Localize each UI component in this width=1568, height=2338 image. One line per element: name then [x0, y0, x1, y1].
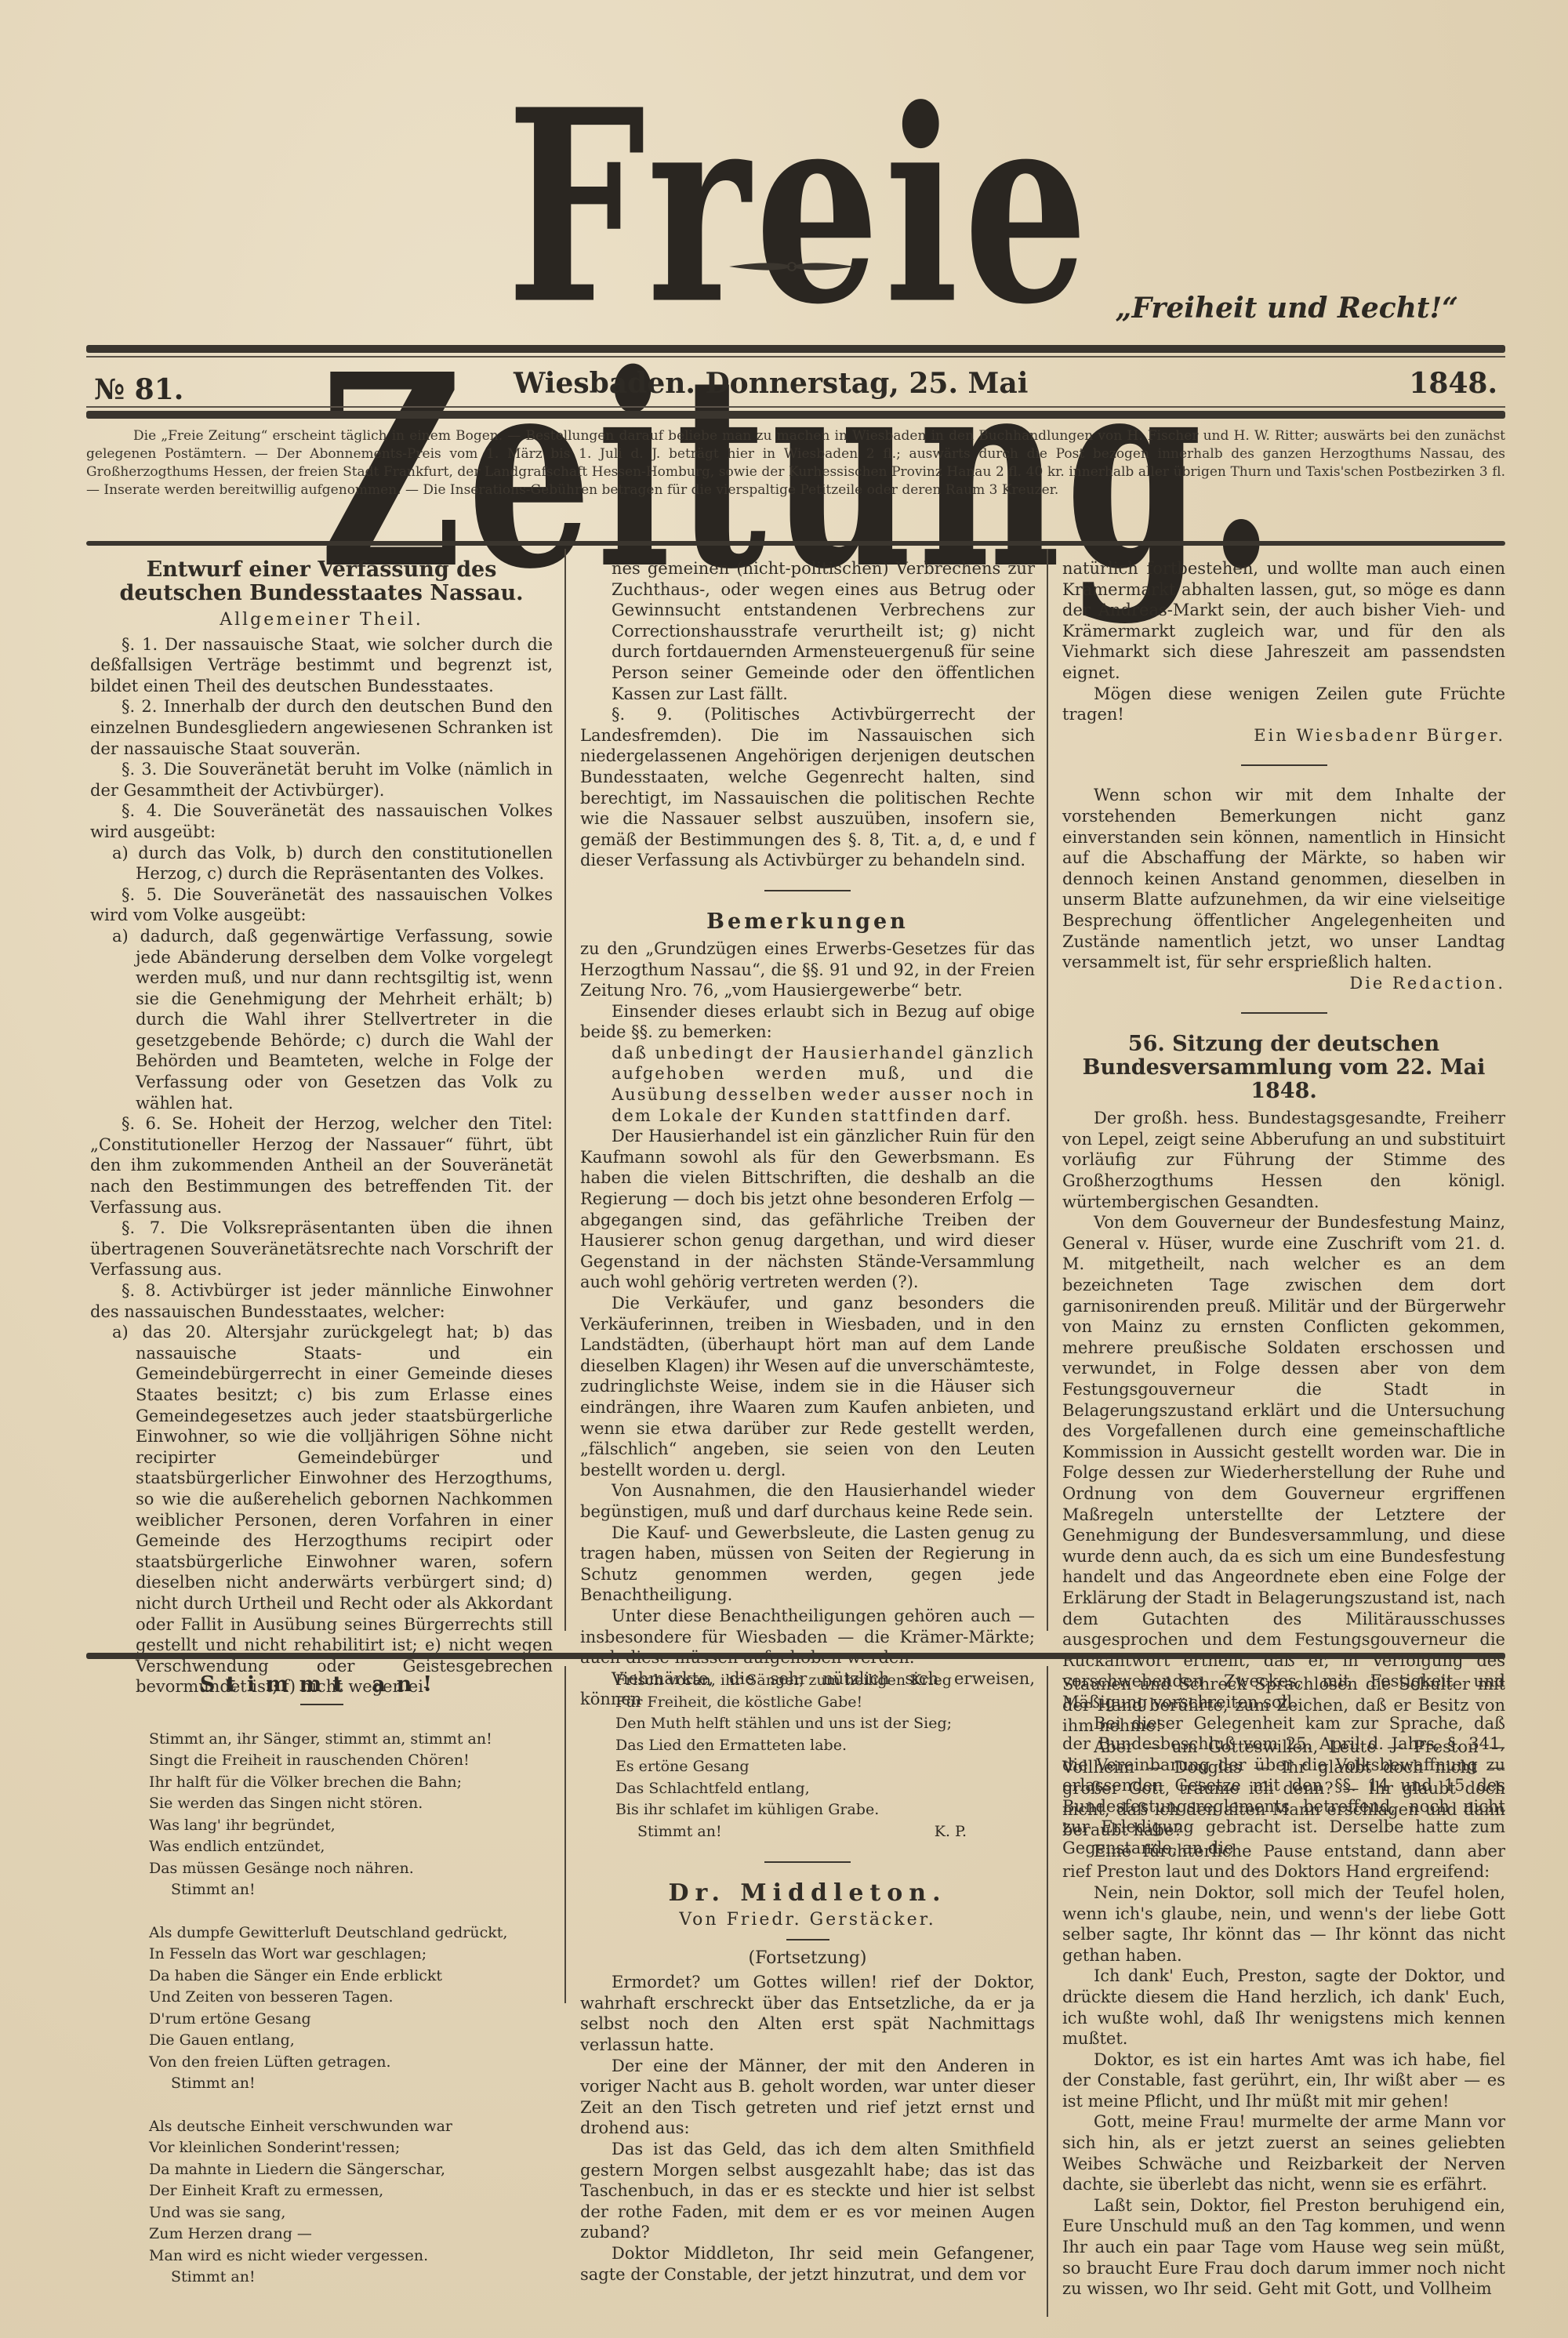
column-1-constitution: Entwurf einer Verfassung des deutschen B…: [90, 558, 553, 1697]
paragraph: Nein, nein Doktor, soll mich der Teufel …: [1062, 1882, 1505, 1966]
poem-line: Das Schlachtfeld entlang,: [615, 1778, 1035, 1800]
signature: Ein Wiesbadenr Bürger.: [1062, 725, 1505, 746]
poem-title: Stimmt an!: [90, 1674, 553, 1696]
paragraph: Laßt sein, Doktor, fiel Preston beruhige…: [1062, 2195, 1505, 2300]
paragraph: §. 9. (Politisches Activbürgerrecht der …: [580, 704, 1035, 871]
separator: [786, 1939, 829, 1940]
column-divider: [1047, 549, 1048, 1631]
poem-line: Sie werden das Singen nicht stören.: [149, 1793, 553, 1815]
header-rule-bottom: [86, 411, 1505, 419]
poem-line: D'rum ertöne Gesang: [149, 2009, 553, 2031]
paragraph: natürlich fortbestehen, und wollte man a…: [1062, 558, 1505, 684]
article-heading-constitution: Entwurf einer Verfassung des deutschen B…: [90, 558, 553, 605]
story-continued: (Fortsetzung): [580, 1948, 1035, 1970]
poem-line: Als dumpfe Gewitterluft Deutschland gedr…: [149, 1922, 553, 1944]
poem-line: Singt die Freiheit in rauschenden Chören…: [149, 1750, 553, 1772]
paragraph: Ich dank' Euch, Preston, sagte der Dokto…: [1062, 1966, 1505, 2049]
poem-final-stanza: Frisch voran, ihr Sänger, zum heiligen K…: [580, 1670, 1035, 1842]
article-subtitle: zu den „Grundzügen eines Erwerbs-Gesetze…: [580, 938, 1035, 1001]
story-title: Dr. Middleton.: [580, 1882, 1035, 1905]
paragraph: nes gemeinen (nicht-politischen) Verbrec…: [580, 558, 1035, 704]
column-divider: [564, 1666, 566, 2003]
column-divider: [564, 549, 566, 1631]
poem-line: Ihr halft für die Völker brechen die Bah…: [149, 1772, 553, 1794]
paragraph: a) dadurch, daß gegenwärtige Verfassung,…: [90, 926, 553, 1113]
poem-line: Es ertöne Gesang: [615, 1756, 1035, 1778]
paragraph: Staunen und Schreck Sprachlosen die Schu…: [1062, 1674, 1505, 1737]
newspaper-page: Freie Zeitung. „Freiheit und Recht!“ № 8…: [86, 0, 1505, 2338]
paragraph: Der Hausierhandel ist ein gänzlicher Rui…: [580, 1126, 1035, 1293]
paragraph: a) das 20. Altersjahr zurückgelegt hat; …: [90, 1322, 553, 1697]
header-rule-top: [86, 345, 1505, 353]
paragraph: Die Verkäufer, und ganz besonders die Ve…: [580, 1293, 1035, 1480]
poem-refrain: Stimmt an!: [149, 1879, 553, 1901]
paragraph: Die Kauf- und Gewerbsleute, die Lasten g…: [580, 1523, 1035, 1606]
poem-line: Man wird es nicht wieder vergessen.: [149, 2245, 553, 2267]
separator: [1241, 1012, 1327, 1014]
header-rule-bottom-thin: [86, 406, 1505, 408]
poem-line: Und Zeiten von besseren Tagen.: [149, 1987, 553, 2009]
paragraph: Gott, meine Frau! murmelte der arme Mann…: [1062, 2111, 1505, 2195]
separator: [300, 1704, 343, 1705]
paragraph: §. 3. Die Souveränetät beruht im Volke (…: [90, 759, 553, 801]
issue-number: № 81.: [94, 373, 183, 406]
separator: [764, 890, 851, 891]
column-3: natürlich fortbestehen, und wollte man a…: [1062, 558, 1505, 1859]
poem-stimmt-an: Stimmt an! Stimmt an, ihr Sänger, stimmt…: [90, 1674, 553, 2289]
feuilleton-rule: [86, 1653, 1505, 1659]
editorial-note: Wenn schon wir mit dem Inhalte der vorst…: [1062, 785, 1505, 972]
column-divider: [1047, 1666, 1048, 2317]
article-subheading: Allgemeiner Theil.: [90, 610, 553, 631]
paragraph: §. 7. Die Volksrepräsentanten üben die i…: [90, 1218, 553, 1280]
header-rule-top-thin: [86, 356, 1505, 358]
article-heading-session: 56. Sitzung der deutschen Bundesversamml…: [1062, 1033, 1505, 1103]
poem-line: Als deutsche Einheit verschwunden war: [149, 2116, 553, 2138]
poem-line: Zum Herzen drang —: [149, 2224, 553, 2245]
article-heading-remarks: Bemerkungen: [580, 910, 1035, 934]
paragraph: §. 8. Activbürger ist jeder männliche Ei…: [90, 1280, 553, 1322]
paragraph: Der eine der Männer, der mit den Anderen…: [580, 2056, 1035, 2139]
story-dr-middleton: Dr. Middleton. Von Friedr. Gerstäcker. (…: [580, 1861, 1035, 2285]
paragraph: §. 2. Innerhalb der durch den deutschen …: [90, 696, 553, 759]
poem-refrain: Stimmt an!: [637, 1821, 722, 1843]
paragraph: §. 6. Se. Hoheit der Herzog, welcher den…: [90, 1113, 553, 1218]
poem-line: Für Freiheit, die köstliche Gabe!: [615, 1692, 1035, 1714]
masthead: Freie Zeitung. „Freiheit und Recht!“: [86, 0, 1505, 361]
paragraph: §. 5. Die Souveränetät des nassauischen …: [90, 884, 553, 926]
paragraph: Doktor Middleton, Ihr seid mein Gefangen…: [580, 2243, 1035, 2285]
column-2-lower: Frisch voran, ihr Sänger, zum heiligen K…: [580, 1670, 1035, 2285]
poem-line: Die Gauen entlang,: [149, 2030, 553, 2052]
notice-rule: [86, 541, 1505, 546]
paragraph: Einsender dieses erlaubt sich in Bezug a…: [580, 1001, 1035, 1043]
poem-line: Da haben die Sänger ein Ende erblickt: [149, 1966, 553, 1988]
editorial-signature: Die Redaction.: [1062, 973, 1505, 994]
poem-line: Da mahnte in Liedern die Sängerschar,: [149, 2159, 553, 2181]
story-byline: Von Friedr. Gerstäcker.: [580, 1910, 1035, 1931]
poem-line: Von den freien Lüften getragen.: [149, 2052, 553, 2074]
separator: [1241, 764, 1327, 766]
issue-year: 1848.: [1409, 367, 1497, 400]
paragraph: Der großh. hess. Bundestagsgesandte, Fre…: [1062, 1108, 1505, 1212]
paragraph: Ermordet? um Gottes willen! rief der Dok…: [580, 1972, 1035, 2055]
issue-row: № 81. Wiesbaden. Donnerstag, 25. Mai 184…: [86, 367, 1505, 401]
poem-line: Was endlich entzündet,: [149, 1836, 553, 1858]
poem-line: Und was sie sang,: [149, 2202, 553, 2224]
paragraph: Von dem Gouverneur der Bundesfestung Mai…: [1062, 1212, 1505, 1712]
poem-line: Der Einheit Kraft zu ermessen,: [149, 2180, 553, 2202]
poem-line: In Fesseln das Wort war geschlagen;: [149, 1944, 553, 1966]
paragraph: a) durch das Volk, b) durch den constitu…: [90, 843, 553, 884]
separator: [764, 1861, 851, 1863]
paragraph: Von Ausnahmen, die den Hausierhandel wie…: [580, 1480, 1035, 1522]
newspaper-title: Freie Zeitung.: [251, 74, 1348, 604]
poem-line: Das müssen Gesänge noch nähren.: [149, 1858, 553, 1880]
paragraph: Das ist das Geld, das ich dem alten Smit…: [580, 2139, 1035, 2243]
paragraph: §. 4. Die Souveränetät des nassauischen …: [90, 801, 553, 842]
poem-line: Vor kleinlichen Sonderint'ressen;: [149, 2137, 553, 2159]
poem-line: Bis ihr schlafet im kühligen Grabe.: [615, 1799, 1035, 1821]
poem-refrain: Stimmt an!: [149, 2073, 553, 2095]
subscription-notice: Die „Freie Zeitung“ erscheint täglich in…: [86, 427, 1505, 499]
poem-line: Stimmt an, ihr Sänger, stimmt an, stimmt…: [149, 1729, 553, 1751]
paragraph: §. 1. Der nassauische Staat, wie solcher…: [90, 634, 553, 697]
poem-refrain: Stimmt an!: [149, 2267, 553, 2289]
paragraph: Doktor, es ist ein hartes Amt was ich ha…: [1062, 2049, 1505, 2112]
poem-line: Was lang' ihr begründet,: [149, 1815, 553, 1837]
motto: „Freiheit und Recht!“: [1116, 292, 1458, 325]
poem-line: Frisch voran, ihr Sänger, zum heiligen K…: [615, 1670, 1035, 1692]
column-2: nes gemeinen (nicht-politischen) Verbrec…: [580, 558, 1035, 1710]
column-3-lower-story: Staunen und Schreck Sprachlosen die Schu…: [1062, 1674, 1505, 2300]
place-date: Wiesbaden. Donnerstag, 25. Mai: [514, 367, 1028, 400]
paragraph: Aber — um Gotteswillen, Leute — Preston …: [1062, 1737, 1505, 1841]
poem-author: K. P.: [935, 1821, 967, 1843]
ornament-icon: [612, 259, 972, 274]
paragraph: Eine fürchterliche Pause entstand, dann …: [1062, 1841, 1505, 1882]
paragraph: daß unbedingt der Hausierhandel gänzlich…: [580, 1043, 1035, 1126]
poem-line: Das Lied den Ermatteten labe.: [615, 1735, 1035, 1757]
poem-line: Den Muth helft stählen und uns ist der S…: [615, 1713, 1035, 1735]
closing-line: Mögen diese wenigen Zeilen gute Früchte …: [1062, 684, 1505, 725]
